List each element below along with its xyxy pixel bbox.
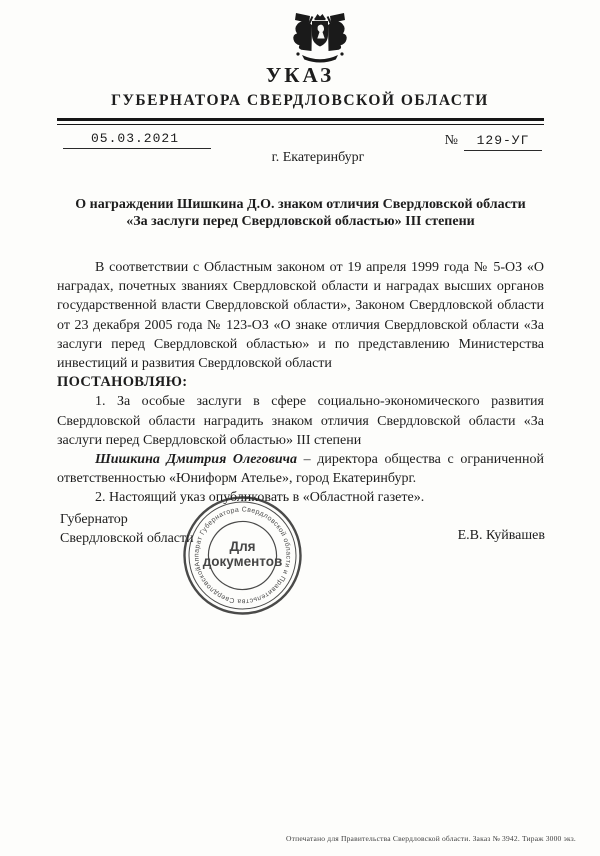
decree-subject-title: О награждении Шишкина Д.О. знаком отличи… (45, 196, 556, 230)
header-double-rule (57, 118, 544, 125)
sverdlovsk-oblast-coat-of-arms-icon (283, 10, 357, 64)
number-sign-label: № (445, 133, 458, 148)
document-number-group: №129-УГ (445, 131, 542, 151)
signer-name: Е.В. Куйвашев (458, 526, 545, 545)
decree-body: В соответствии с Областным законом от 19… (57, 258, 544, 508)
signer-post-line1: Губернатор (60, 510, 194, 529)
document-type-heading: УКАЗ (0, 63, 600, 88)
decree-subject-line1: О награждении Шишкина Д.О. знаком отличи… (45, 196, 556, 213)
issuing-authority-heading: ГУБЕРНАТОРА СВЕРДЛОВСКОЙ ОБЛАСТИ (0, 92, 600, 110)
awardee-paragraph: Шишкина Дмитрия Олеговича – директора об… (57, 450, 544, 488)
item-1-paragraph: 1. За особые заслуги в сфере социально-э… (57, 392, 544, 450)
decree-subject-line2: «За заслуги перед Свердловской областью»… (45, 213, 556, 230)
stamp-center-line1: Для (229, 539, 255, 554)
round-stamp-for-documents: Аппарат Губернатора Свердловской области… (180, 493, 305, 618)
printer-imprint: Отпечатано для Правительства Свердловско… (286, 834, 576, 843)
awardee-name: Шишкина Дмитрия Олеговича (95, 452, 297, 467)
stamp-center-line2: документов (203, 554, 283, 569)
decree-document-page: УКАЗ ГУБЕРНАТОРА СВЕРДЛОВСКОЙ ОБЛАСТИ 05… (0, 0, 600, 856)
document-number: 129-УГ (464, 133, 542, 151)
document-date: 05.03.2021 (63, 131, 211, 149)
signer-post: Губернатор Свердловской области (60, 510, 194, 548)
resolution-word: ПОСТАНОВЛЯЮ: (57, 373, 544, 392)
issue-city: г. Екатеринбург (18, 150, 600, 166)
signer-post-line2: Свердловской области (60, 529, 194, 548)
preamble-paragraph: В соответствии с Областным законом от 19… (57, 258, 544, 373)
